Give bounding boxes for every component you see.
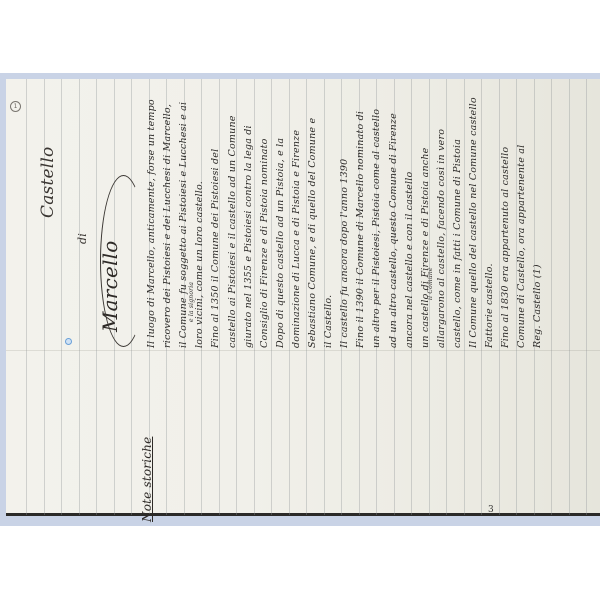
manuscript-line: loro vicini, come un loro castello. (194, 181, 205, 348)
manuscript-line: Consiglio di Firenze e di Pistoia nomina… (259, 138, 270, 348)
title-line-1: Castello (38, 147, 58, 218)
manuscript-line: Fino al 1830 era appartenuto al castello (500, 147, 511, 348)
manuscript-line: Sebastiano Comune, e di quello del Comun… (307, 118, 318, 348)
manuscript-line: ad un altro castello, questo Comune di F… (388, 113, 399, 348)
manuscript-line: un altro per il Pistoiesi, Pistoia come … (371, 109, 382, 348)
title-line-2: di (76, 233, 89, 244)
title-flourish (100, 175, 147, 347)
manuscript-text: Castello di Marcello Note storiche Il lu… (0, 0, 600, 600)
footer-mark: 3 (488, 505, 494, 515)
manuscript-line: Fino il 1390 il Comune di Marcello nomin… (355, 111, 366, 348)
manuscript-line: Reg. Castello (1) (532, 264, 543, 348)
manuscript-line: Il castello fu ancora dopo l'anno 1390 (339, 159, 350, 348)
manuscript-line: Fino al 1350 il Comune dei Pistoiesi del (210, 149, 221, 348)
manuscript-line: Dopo di questo castello ad un Pistoia, e… (275, 138, 286, 348)
manuscript-line: Comune di Castello, ora appartenente al (516, 145, 527, 348)
section-heading: Note storiche (140, 437, 154, 522)
interlinear-note: il Comune (427, 267, 434, 300)
manuscript-line: Il luogo di Marcello, anticamente, forse… (146, 99, 157, 348)
manuscript-line: Il Comune quello del castello nel Comune… (468, 97, 479, 348)
manuscript-line: il Castello. (323, 295, 334, 348)
manuscript-line: ricovero dei Pistoiesi e dei Lucchesi di… (162, 104, 173, 348)
interlinear-note: e la signoria (188, 282, 195, 322)
manuscript-line: un castello di Firenze e di Pistoia anch… (420, 148, 431, 348)
manuscript-line: ancora nel castello e con il castello (404, 172, 415, 348)
manuscript-line: Fattorie castello. (484, 263, 495, 348)
manuscript-line: castello, come in fatti i Comune di Pist… (452, 139, 463, 348)
manuscript-line: castello ai Pistoiesi e il castello ad u… (227, 115, 238, 348)
manuscript-line: giurato nel 1355 e Pistoiesi contro la l… (243, 125, 254, 348)
manuscript-line: dominazione di Lucca e di Pistoia e Fire… (291, 130, 302, 348)
manuscript-line: allargarono al castello, facendo così in… (436, 129, 447, 348)
